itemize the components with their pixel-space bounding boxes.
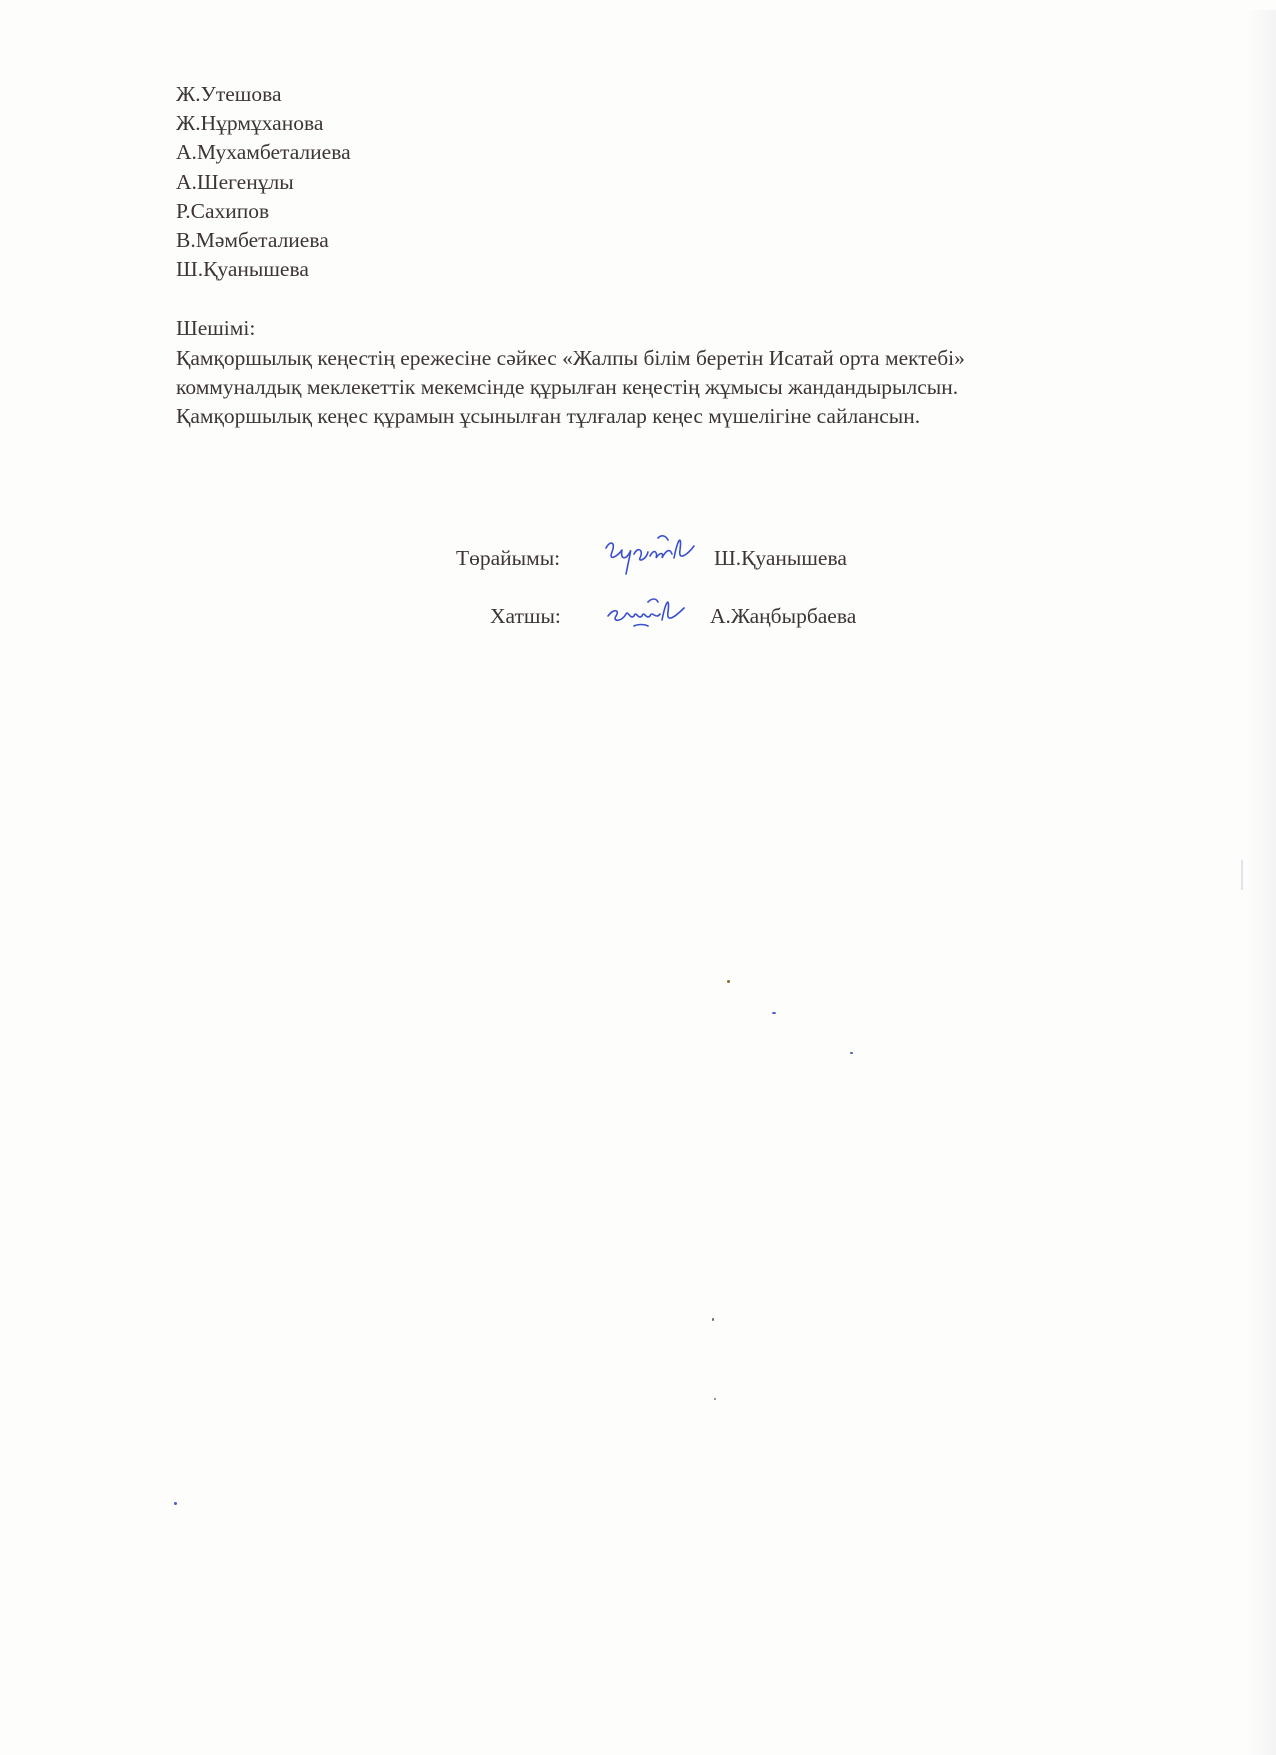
handwritten-signature-icon — [598, 530, 708, 580]
signatory-name: А.Жаңбырбаева — [710, 604, 856, 629]
decision-text: Қамқоршылық кеңестің ережесіне сәйкес «Ж… — [176, 344, 965, 432]
member-name: А.Мухамбеталиева — [176, 138, 351, 167]
scan-speck — [850, 1052, 853, 1054]
member-name: Р.Сахипов — [176, 197, 351, 226]
scan-speck — [712, 1318, 714, 1321]
member-name: В.Мәмбеталиева — [176, 226, 351, 255]
member-name: Ж.Нұрмұханова — [176, 109, 351, 138]
member-name: Ш.Қуанышева — [176, 255, 351, 284]
scan-speck — [772, 1012, 776, 1014]
decision-line: Қамқоршылық кеңестің ережесіне сәйкес «Ж… — [176, 344, 965, 373]
signatory-name: Ш.Қуанышева — [714, 546, 847, 571]
member-name: А.Шегенұлы — [176, 168, 351, 197]
decision-heading: Шешімі: — [176, 314, 255, 343]
member-name: Ж.Утешова — [176, 80, 351, 109]
scan-speck — [714, 1398, 716, 1400]
signature-role: Төрайымы: — [456, 546, 560, 571]
signature-role: Хатшы: — [490, 604, 561, 629]
scan-speck — [727, 980, 730, 983]
member-list: Ж.Утешова Ж.Нұрмұханова А.Мухамбеталиева… — [176, 80, 351, 284]
decision-line: коммуналдық меклекеттік мекемсінде құрыл… — [176, 373, 965, 402]
scan-speck — [174, 1502, 177, 1505]
decision-line: Қамқоршылық кеңес құрамын ұсынылған тұлғ… — [176, 402, 965, 431]
scan-page-edge — [1246, 10, 1276, 1755]
scan-speck — [1241, 860, 1243, 890]
handwritten-signature-icon — [604, 590, 704, 640]
